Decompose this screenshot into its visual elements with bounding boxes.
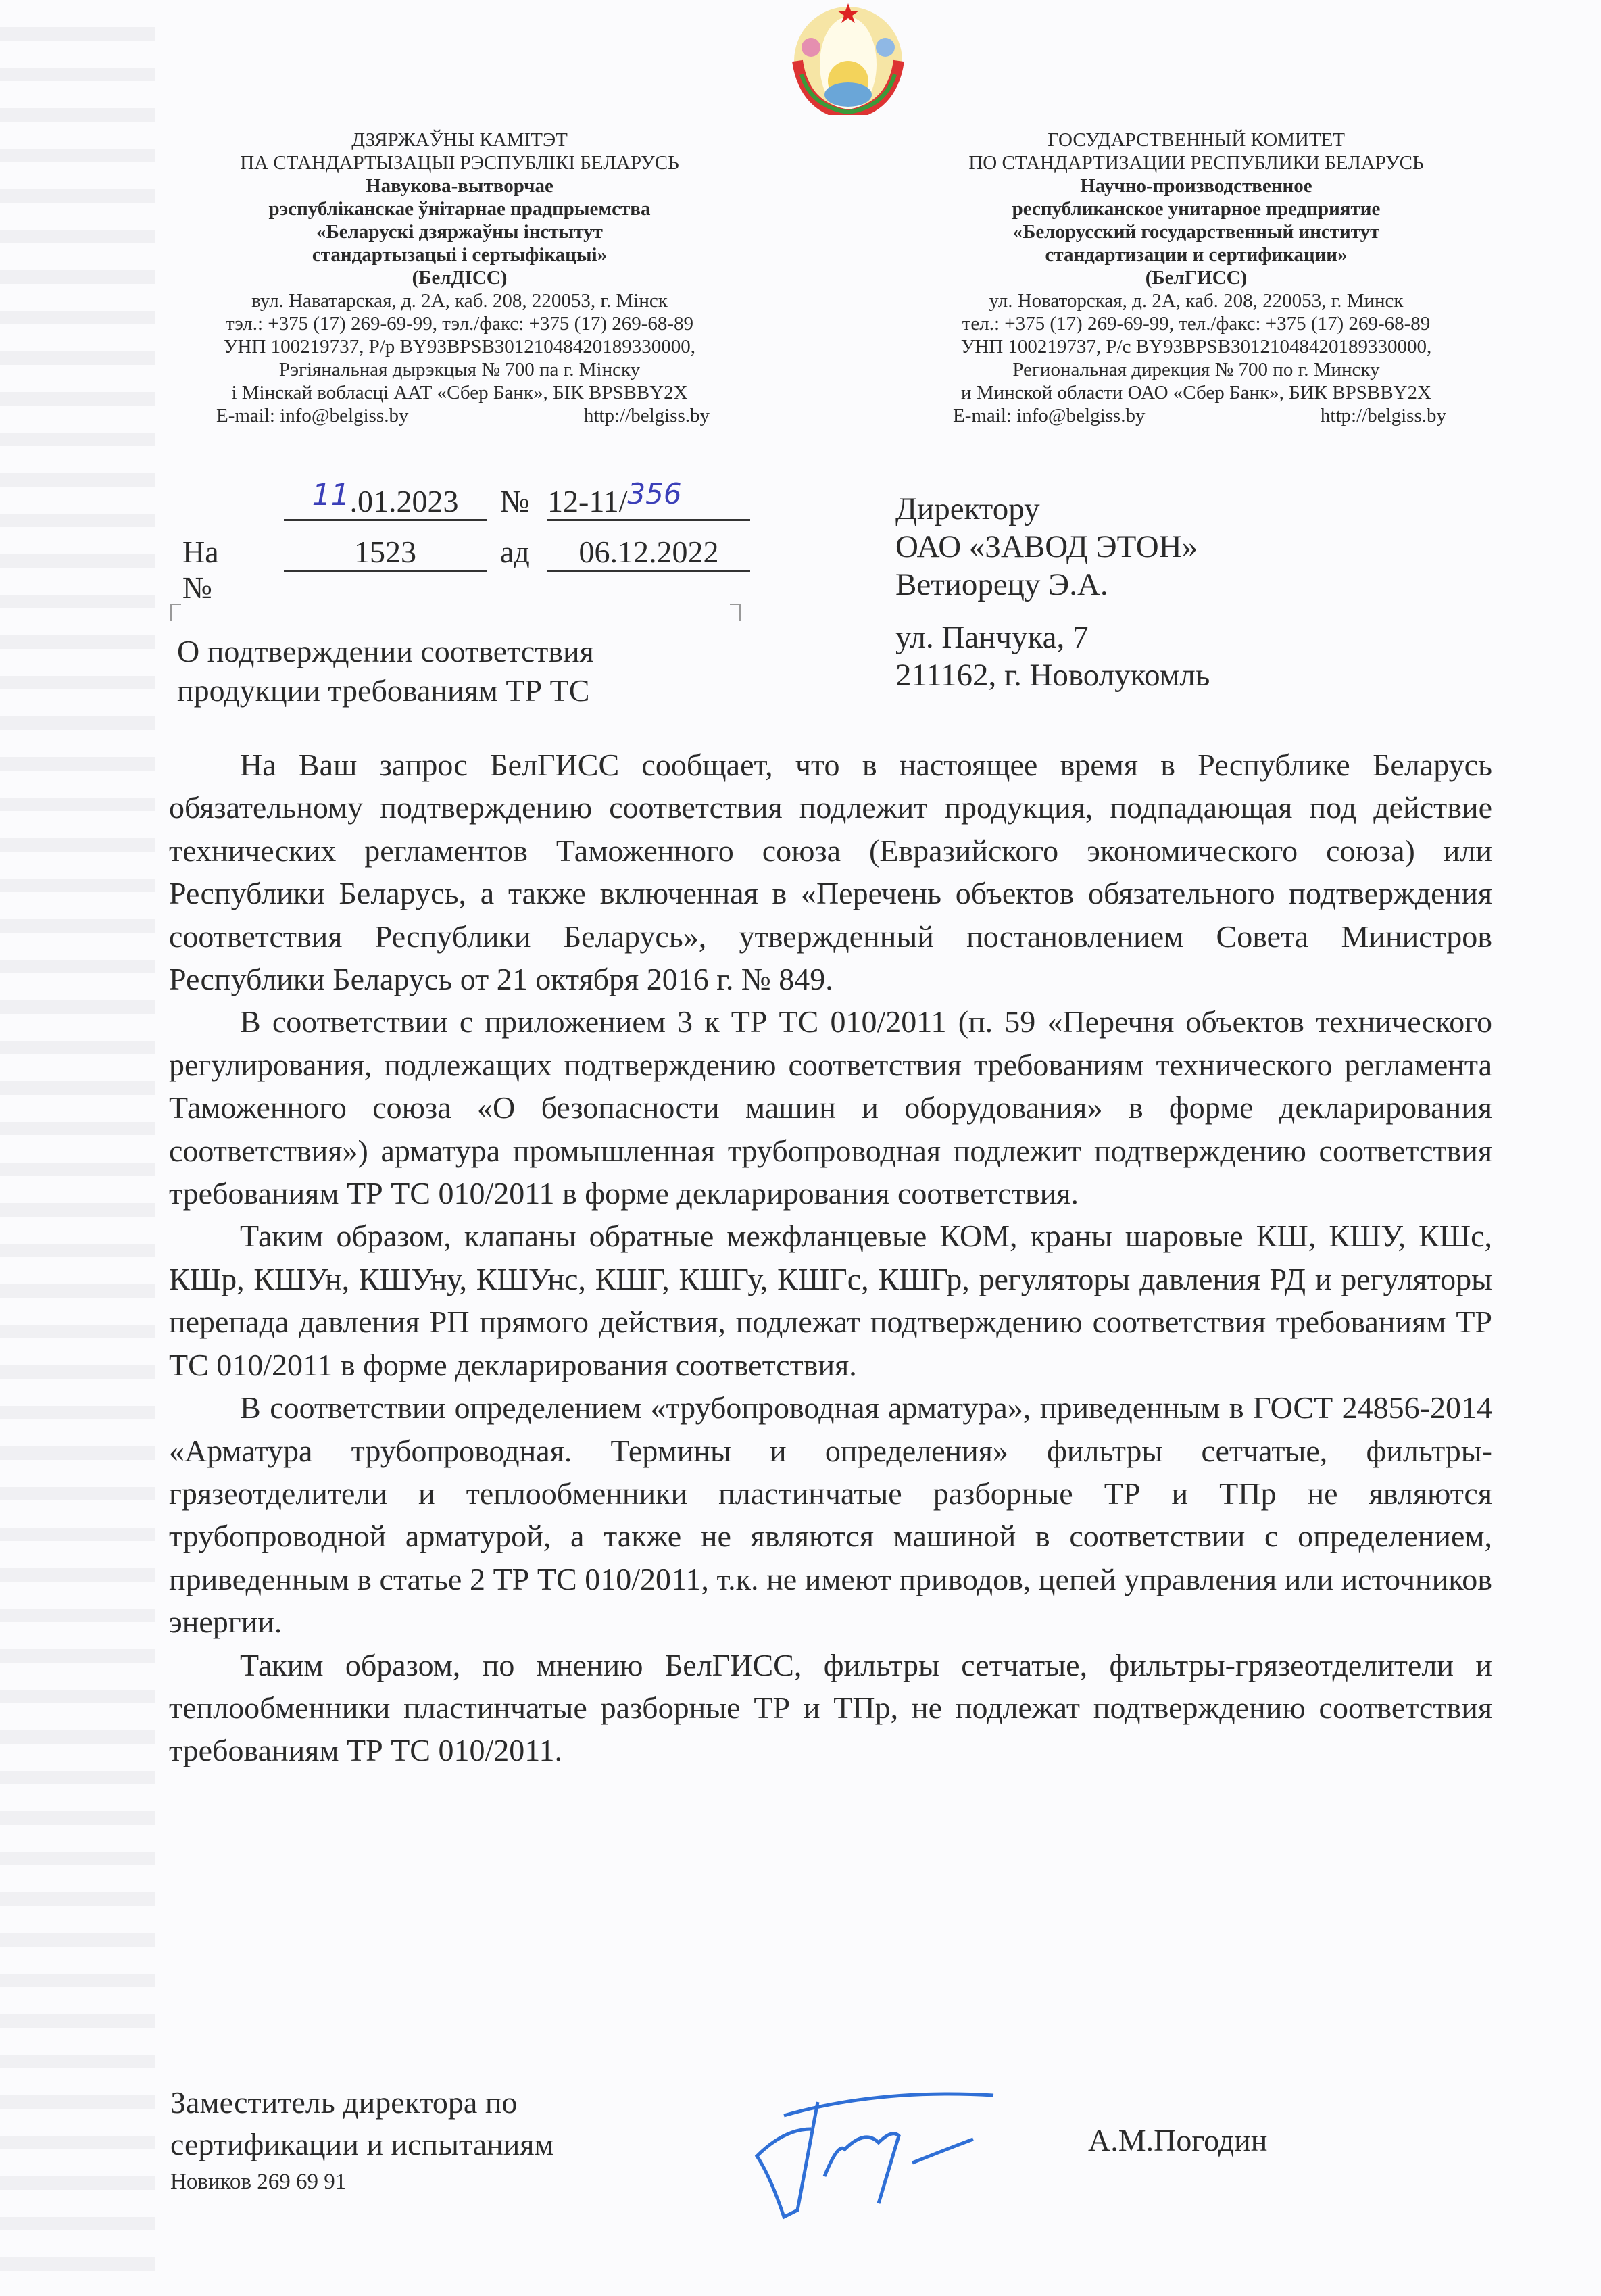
org-name: Научно-производственное <box>899 174 1494 197</box>
number-label: № <box>500 483 530 519</box>
letter-number: 12-11/356 <box>547 483 750 521</box>
reply-date: 06.12.2022 <box>547 534 750 572</box>
org-bank-account: УНП 100219737, Р/р BY93BPSB3012104842018… <box>162 335 757 358</box>
handwritten-number: 356 <box>627 477 681 510</box>
org-website: http://belgiss.by <box>584 404 710 427</box>
body-paragraph: На Ваш запрос БелГИСС сообщает, что в на… <box>169 743 1492 1000</box>
corner-mark <box>170 604 181 621</box>
org-bank-account: УНП 100219737, Р/с BY93BPSB3012104842018… <box>899 335 1494 358</box>
org-phone: тэл.: +375 (17) 269-69-99, тэл./факс: +3… <box>162 312 757 335</box>
org-name: рэспубліканскае ўнітарнае прадпрыемства <box>162 197 757 220</box>
corner-mark <box>730 604 741 621</box>
org-name: стандартизации и сертификации» <box>899 243 1494 266</box>
body-paragraph: Таким образом, клапаны обратные межфланц… <box>169 1215 1492 1386</box>
signatory-title: Заместитель директора по <box>170 2082 554 2124</box>
subject-line: продукции требованиям ТР ТС <box>177 671 594 710</box>
org-name: республиканское унитарное предприятие <box>899 197 1494 220</box>
org-bank: і Мінскай вобласці ААТ «Сбер Банк», БІК … <box>162 381 757 404</box>
org-bank: и Минской области ОАО «Сбер Банк», БИК B… <box>899 381 1494 404</box>
org-name: Навукова-вытворчае <box>162 174 757 197</box>
subject-line: О подтверждении соответствия <box>177 632 594 671</box>
letter-body: На Ваш запрос БелГИСС сообщает, что в на… <box>169 743 1492 1772</box>
org-abbr: (БелДІСС) <box>162 266 757 289</box>
belarus-emblem-icon <box>770 0 926 115</box>
org-name: «Белорусский государственный институт <box>899 220 1494 243</box>
org-email: E-mail: info@belgiss.by <box>216 404 408 427</box>
org-address: вул. Наватарская, д. 2А, каб. 208, 22005… <box>162 289 757 312</box>
addressee-position: Директору <box>895 490 1210 528</box>
addressee-block: Директору ОАО «ЗАВОД ЭТОН» Ветиорецу Э.А… <box>895 490 1210 694</box>
printed-number: 12-11/ <box>547 484 627 518</box>
addressee-company: ОАО «ЗАВОД ЭТОН» <box>895 528 1210 566</box>
reply-number: 1523 <box>284 534 487 572</box>
letterhead-belarusian: ДЗЯРЖАЎНЫ КАМІТЭТ ПА СТАНДАРТЫЗАЦЫІ РЭСП… <box>162 128 757 427</box>
org-name: «Беларускі дзяржаўны інстытут <box>162 220 757 243</box>
executor-contact: Новиков 269 69 91 <box>170 2166 554 2198</box>
org-name: стандартызацыі і сертыфікацыі» <box>162 243 757 266</box>
org-phone: тел.: +375 (17) 269-69-99, тел./факс: +3… <box>899 312 1494 335</box>
org-bank: Рэгіянальная дырэкцыя № 700 па г. Мінску <box>162 358 757 381</box>
addressee-city: 211162, г. Новолукомль <box>895 656 1210 694</box>
reply-label: На № <box>182 534 219 606</box>
body-paragraph: В соответствии с приложением 3 к ТР ТС 0… <box>169 1000 1492 1215</box>
org-website: http://belgiss.by <box>1321 404 1446 427</box>
org-abbr: (БелГИСС) <box>899 266 1494 289</box>
letterhead-russian: ГОСУДАРСТВЕННЫЙ КОМИТЕТ ПО СТАНДАРТИЗАЦИ… <box>899 128 1494 427</box>
committee-name: ПА СТАНДАРТЫЗАЦЫІ РЭСПУБЛІКІ БЕЛАРУСЬ <box>162 151 757 174</box>
handwritten-day: 11 <box>312 478 350 512</box>
letter-date: 11.01.2023 <box>284 483 487 521</box>
addressee-street: ул. Панчука, 7 <box>895 618 1210 656</box>
signatory-title: сертификации и испытаниям <box>170 2124 554 2166</box>
committee-name: ПО СТАНДАРТИЗАЦИИ РЕСПУБЛИКИ БЕЛАРУСЬ <box>899 151 1494 174</box>
body-paragraph: В соответствии определением «трубопровод… <box>169 1386 1492 1643</box>
org-bank: Региональная дирекция № 700 по г. Минску <box>899 358 1494 381</box>
reply-date-label: ад <box>500 534 530 570</box>
letter-subject: О подтверждении соответствия продукции т… <box>177 632 594 710</box>
body-paragraph: Таким образом, по мнению БелГИСС, фильтр… <box>169 1644 1492 1772</box>
bleed-through-margin <box>0 0 155 2296</box>
signatory-block: Заместитель директора по сертификации и … <box>170 2082 554 2198</box>
org-address: ул. Новаторская, д. 2А, каб. 208, 220053… <box>899 289 1494 312</box>
org-email: E-mail: info@belgiss.by <box>953 404 1145 427</box>
committee-name: ДЗЯРЖАЎНЫ КАМІТЭТ <box>162 128 757 151</box>
signatory-name: А.М.Погодин <box>1088 2122 1267 2158</box>
addressee-name: Ветиорецу Э.А. <box>895 566 1210 604</box>
handwritten-signature-icon <box>743 2075 1081 2224</box>
committee-name: ГОСУДАРСТВЕННЫЙ КОМИТЕТ <box>899 128 1494 151</box>
printed-date: .01.2023 <box>350 484 459 518</box>
